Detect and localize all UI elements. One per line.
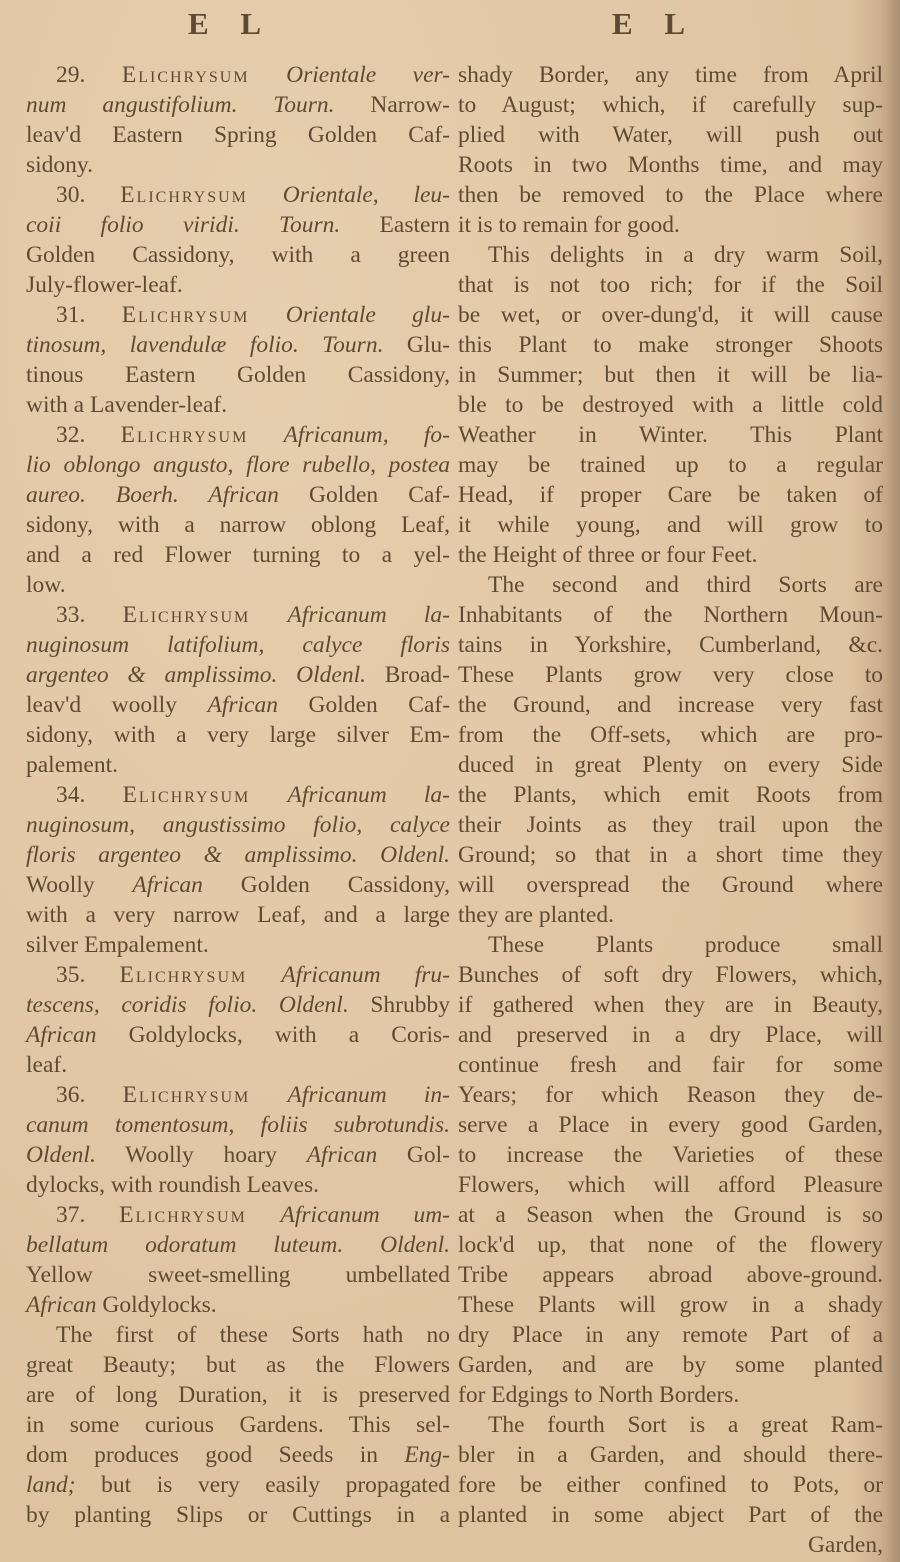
paragraph-line: duced in great Plenty on every Side bbox=[458, 750, 883, 780]
latin-name: floris argenteo & amplissimo. Oldenl. bbox=[26, 842, 450, 868]
latin-name: Orientale glu- bbox=[286, 302, 450, 328]
paragraph-line: plied with Water, will push out bbox=[458, 120, 883, 150]
text: Eastern bbox=[380, 212, 450, 238]
paragraph-line: The second and third Sorts are bbox=[458, 570, 883, 600]
entry-33-line-6: palement. bbox=[26, 750, 450, 780]
entry-32-line-3: aureo. Boerh. African Golden Caf- bbox=[26, 480, 450, 510]
left-column: 29. Elichrysum Orientale ver- num angust… bbox=[26, 60, 450, 1530]
paragraph-line: lock'd up, that none of the flowery bbox=[458, 1230, 883, 1260]
latin-name: lio oblongo angusto, flore rubello, post… bbox=[26, 452, 450, 478]
paragraph-line: Tribe appears abroad above-ground. bbox=[458, 1260, 883, 1290]
paragraph-line: These Plants grow very close to bbox=[458, 660, 883, 690]
latin-name: Africanum fru- bbox=[281, 962, 450, 988]
paragraph-line: dry Place in any remote Part of a bbox=[458, 1320, 883, 1350]
entry-37-line-4: African Goldylocks. bbox=[26, 1290, 450, 1320]
paragraph-line: in Summer; but then it will be lia- bbox=[458, 360, 883, 390]
paragraph-line: Bunches of soft dry Flowers, which, bbox=[458, 960, 883, 990]
right-column: shady Border, any time from April to Aug… bbox=[458, 60, 883, 1560]
paragraph-line: tains in Yorkshire, Cumberland, &c. bbox=[458, 630, 883, 660]
entry-34-line-4: Woolly African Golden Cassidony, bbox=[26, 870, 450, 900]
genus-name: Elichrysum bbox=[123, 602, 251, 628]
entry-29-line-1: 29. Elichrysum Orientale ver- bbox=[26, 60, 450, 90]
text: Broad- bbox=[385, 662, 450, 688]
text: Narrow- bbox=[370, 92, 450, 118]
entry-36-line-4: dylocks, with roundish Leaves. bbox=[26, 1170, 450, 1200]
latin-name: Orientale, leu- bbox=[283, 182, 450, 208]
entry-37-line-3: Yellow sweet-smelling umbellated bbox=[26, 1260, 450, 1290]
entry-33-line-3: argenteo & amplissimo. Oldenl. Broad- bbox=[26, 660, 450, 690]
paragraph-line: The first of these Sorts hath no bbox=[26, 1320, 450, 1350]
entry-30-line-3: Golden Cassidony, with a green bbox=[26, 240, 450, 270]
paragraph-line: Inhabitants of the Northern Moun- bbox=[458, 600, 883, 630]
latin-name: Africanum, fo- bbox=[284, 422, 450, 448]
paragraph-line: the Plants, which emit Roots from bbox=[458, 780, 883, 810]
entry-number: 31. bbox=[56, 302, 85, 328]
running-head-left: E L bbox=[188, 6, 273, 42]
latin-name: African bbox=[307, 1142, 378, 1168]
paragraph-line: the Height of three or four Feet. bbox=[458, 540, 883, 570]
text: Golden Caf- bbox=[309, 482, 450, 508]
text: Golden Cassidony, bbox=[241, 872, 450, 898]
text: Shrubby bbox=[370, 992, 450, 1018]
latin-name: Orientale ver- bbox=[286, 62, 450, 88]
paragraph-line: they are planted. bbox=[458, 900, 883, 930]
genus-name: Elichrysum bbox=[120, 182, 248, 208]
paragraph-line: Head, if proper Care be taken of bbox=[458, 480, 883, 510]
paragraph-line: These Plants produce small bbox=[458, 930, 883, 960]
entry-number: 35. bbox=[56, 962, 85, 988]
paragraph-line: then be removed to the Place where bbox=[458, 180, 883, 210]
paragraph-line: to increase the Varieties of these bbox=[458, 1140, 883, 1170]
paragraph-line: planted in some abject Part of the bbox=[458, 1500, 883, 1530]
entry-35-line-2: tescens, coridis folio. Oldenl. Shrubby bbox=[26, 990, 450, 1020]
entry-36-line-2: canum tomentosum, foliis subrotundis. bbox=[26, 1110, 450, 1140]
entry-number: 30. bbox=[56, 182, 85, 208]
paragraph-line: The fourth Sort is a great Ram- bbox=[458, 1410, 883, 1440]
genus-name: Elichrysum bbox=[122, 62, 250, 88]
entry-37-line-1: 37. Elichrysum Africanum um- bbox=[26, 1200, 450, 1230]
entry-number: 36. bbox=[56, 1082, 85, 1108]
latin-name: argenteo & amplissimo. Oldenl. bbox=[26, 662, 366, 688]
genus-name: Elichrysum bbox=[122, 302, 250, 328]
paragraph-line: in some curious Gardens. This sel- bbox=[26, 1410, 450, 1440]
entry-31-line-4: with a Lavender-leaf. bbox=[26, 390, 450, 420]
entry-32-line-1: 32. Elichrysum Africanum, fo- bbox=[26, 420, 450, 450]
paragraph-line: and preserved in a dry Place, will bbox=[458, 1020, 883, 1050]
genus-name: Elichrysum bbox=[119, 1202, 247, 1228]
paragraph-line: it is to remain for good. bbox=[458, 210, 883, 240]
place-name: Eng- bbox=[404, 1442, 450, 1468]
paragraph-line: bler in a Garden, and should there- bbox=[458, 1440, 883, 1470]
entry-34-line-6: silver Empalement. bbox=[26, 930, 450, 960]
catchword: Garden, bbox=[458, 1530, 883, 1560]
entry-34-line-2: nuginosum, angustissimo folio, calyce bbox=[26, 810, 450, 840]
paragraph-line: Roots in two Months time, and may bbox=[458, 150, 883, 180]
latin-name: African bbox=[26, 1022, 97, 1048]
paragraph-line: will overspread the Ground where bbox=[458, 870, 883, 900]
paragraph-line: this Plant to make stronger Shoots bbox=[458, 330, 883, 360]
paragraph-line: if gathered when they are in Beauty, bbox=[458, 990, 883, 1020]
entry-35-line-3: African Goldylocks, with a Coris- bbox=[26, 1020, 450, 1050]
paragraph-line: fore be either confined to Pots, or bbox=[458, 1470, 883, 1500]
latin-name: Africanum in- bbox=[288, 1082, 451, 1108]
running-head-right: E L bbox=[612, 6, 697, 42]
entry-34-line-5: with a very narrow Leaf, and a large bbox=[26, 900, 450, 930]
place-name: land; bbox=[26, 1472, 76, 1498]
entry-30-line-2: coii folio viridi. Tourn. Eastern bbox=[26, 210, 450, 240]
paragraph-line: are of long Duration, it is preserved bbox=[26, 1380, 450, 1410]
latin-name: coii folio viridi. Tourn. bbox=[26, 212, 340, 238]
paragraph-line: dom produces good Seeds in Eng- bbox=[26, 1440, 450, 1470]
entry-33-line-2: nuginosum latifolium, calyce floris bbox=[26, 630, 450, 660]
paragraph-line: These Plants will grow in a shady bbox=[458, 1290, 883, 1320]
paragraph-line: from the Off-sets, which are pro- bbox=[458, 720, 883, 750]
paragraph-line: it while young, and will grow to bbox=[458, 510, 883, 540]
entry-36-line-1: 36. Elichrysum Africanum in- bbox=[26, 1080, 450, 1110]
entry-32-line-2: lio oblongo angusto, flore rubello, post… bbox=[26, 450, 450, 480]
latin-name: African bbox=[132, 872, 203, 898]
latin-name: aureo. Boerh. African bbox=[26, 482, 279, 508]
latin-name: African bbox=[208, 692, 279, 718]
paragraph-line: for Edgings to North Borders. bbox=[458, 1380, 883, 1410]
latin-name: canum tomentosum, foliis subrotundis. bbox=[26, 1112, 450, 1138]
latin-name: Africanum la- bbox=[288, 782, 451, 808]
paragraph-line: Ground; so that in a short time they bbox=[458, 840, 883, 870]
entry-29-line-4: sidony. bbox=[26, 150, 450, 180]
latin-name: tescens, coridis folio. Oldenl. bbox=[26, 992, 349, 1018]
entry-36-line-3: Oldenl. Woolly hoary African Gol- bbox=[26, 1140, 450, 1170]
paragraph-line: shady Border, any time from April bbox=[458, 60, 883, 90]
paragraph-line: be wet, or over-dung'd, it will cause bbox=[458, 300, 883, 330]
entry-number: 34. bbox=[56, 782, 85, 808]
paragraph-line: land; but is very easily propagated bbox=[26, 1470, 450, 1500]
latin-name: African bbox=[26, 1292, 97, 1318]
paragraph-line: Years; for which Reason they de- bbox=[458, 1080, 883, 1110]
text: Goldylocks. bbox=[102, 1292, 216, 1318]
entry-34-line-3: floris argenteo & amplissimo. Oldenl. bbox=[26, 840, 450, 870]
entry-number: 37. bbox=[56, 1202, 85, 1228]
entry-33-line-5: sidony, with a very large silver Em- bbox=[26, 720, 450, 750]
paragraph-line: at a Season when the Ground is so bbox=[458, 1200, 883, 1230]
paragraph-line: to August; which, if carefully sup- bbox=[458, 90, 883, 120]
text: Glu- bbox=[407, 332, 450, 358]
paragraph-line: This delights in a dry warm Soil, bbox=[458, 240, 883, 270]
entry-number: 29. bbox=[56, 62, 85, 88]
latin-name: Africanum la- bbox=[288, 602, 451, 628]
entry-32-line-5: and a red Flower turning to a yel- bbox=[26, 540, 450, 570]
paragraph-line: by planting Slips or Cuttings in a bbox=[26, 1500, 450, 1530]
paragraph-line: great Beauty; but as the Flowers bbox=[26, 1350, 450, 1380]
genus-name: Elichrysum bbox=[121, 422, 249, 448]
entry-29-line-3: leav'd Eastern Spring Golden Caf- bbox=[26, 120, 450, 150]
entry-29-line-2: num angustifolium. Tourn. Narrow- bbox=[26, 90, 450, 120]
paragraph-line: Garden, and are by some planted bbox=[458, 1350, 883, 1380]
latin-name: Africanum um- bbox=[281, 1202, 450, 1228]
entry-33-line-4: leav'd woolly African Golden Caf- bbox=[26, 690, 450, 720]
text: Gol- bbox=[407, 1142, 450, 1168]
entry-34-line-1: 34. Elichrysum Africanum la- bbox=[26, 780, 450, 810]
entry-number: 32. bbox=[56, 422, 85, 448]
latin-name: Oldenl. bbox=[26, 1142, 96, 1168]
text: leav'd woolly bbox=[26, 692, 177, 718]
entry-31-line-2: tinosum, lavendulæ folio. Tourn. Glu- bbox=[26, 330, 450, 360]
text: Golden Caf- bbox=[309, 692, 450, 718]
latin-name: nuginosum, angustissimo folio, calyce bbox=[26, 812, 450, 838]
entry-35-line-4: leaf. bbox=[26, 1050, 450, 1080]
entry-32-line-6: low. bbox=[26, 570, 450, 600]
entry-31-line-3: tinous Eastern Golden Cassidony, bbox=[26, 360, 450, 390]
paragraph-line: Weather in Winter. This Plant bbox=[458, 420, 883, 450]
paragraph-line: may be trained up to a regular bbox=[458, 450, 883, 480]
text: dom produces good Seeds in bbox=[26, 1442, 378, 1468]
entry-35-line-1: 35. Elichrysum Africanum fru- bbox=[26, 960, 450, 990]
text: but is very easily propagated bbox=[101, 1472, 450, 1498]
text: Goldylocks, with a Coris- bbox=[129, 1022, 450, 1048]
entry-30-line-1: 30. Elichrysum Orientale, leu- bbox=[26, 180, 450, 210]
entry-31-line-1: 31. Elichrysum Orientale glu- bbox=[26, 300, 450, 330]
paragraph-line: the Ground, and increase very fast bbox=[458, 690, 883, 720]
paragraph-line: their Joints as they trail upon the bbox=[458, 810, 883, 840]
latin-name: bellatum odoratum luteum. Oldenl. bbox=[26, 1232, 450, 1258]
genus-name: Elichrysum bbox=[123, 782, 251, 808]
latin-name: nuginosum latifolium, calyce floris bbox=[26, 632, 450, 658]
paragraph-line: that is not too rich; for if the Soil bbox=[458, 270, 883, 300]
page-edge-shadow bbox=[884, 0, 900, 1562]
entry-37-line-2: bellatum odoratum luteum. Oldenl. bbox=[26, 1230, 450, 1260]
entry-32-line-4: sidony, with a narrow oblong Leaf, bbox=[26, 510, 450, 540]
genus-name: Elichrysum bbox=[120, 962, 248, 988]
latin-name: tinosum, lavendulæ folio. Tourn. bbox=[26, 332, 383, 358]
entry-30-line-4: July-flower-leaf. bbox=[26, 270, 450, 300]
paragraph-line: ble to be destroyed with a little cold bbox=[458, 390, 883, 420]
paragraph-line: Flowers, which will afford Pleasure bbox=[458, 1170, 883, 1200]
text: Woolly hoary bbox=[125, 1142, 277, 1168]
genus-name: Elichrysum bbox=[123, 1082, 251, 1108]
paragraph-line: continue fresh and fair for some bbox=[458, 1050, 883, 1080]
latin-name: num angustifolium. Tourn. bbox=[26, 92, 335, 118]
entry-number: 33. bbox=[56, 602, 85, 628]
text: Woolly bbox=[26, 872, 95, 898]
paragraph-line: serve a Place in every good Garden, bbox=[458, 1110, 883, 1140]
entry-33-line-1: 33. Elichrysum Africanum la- bbox=[26, 600, 450, 630]
